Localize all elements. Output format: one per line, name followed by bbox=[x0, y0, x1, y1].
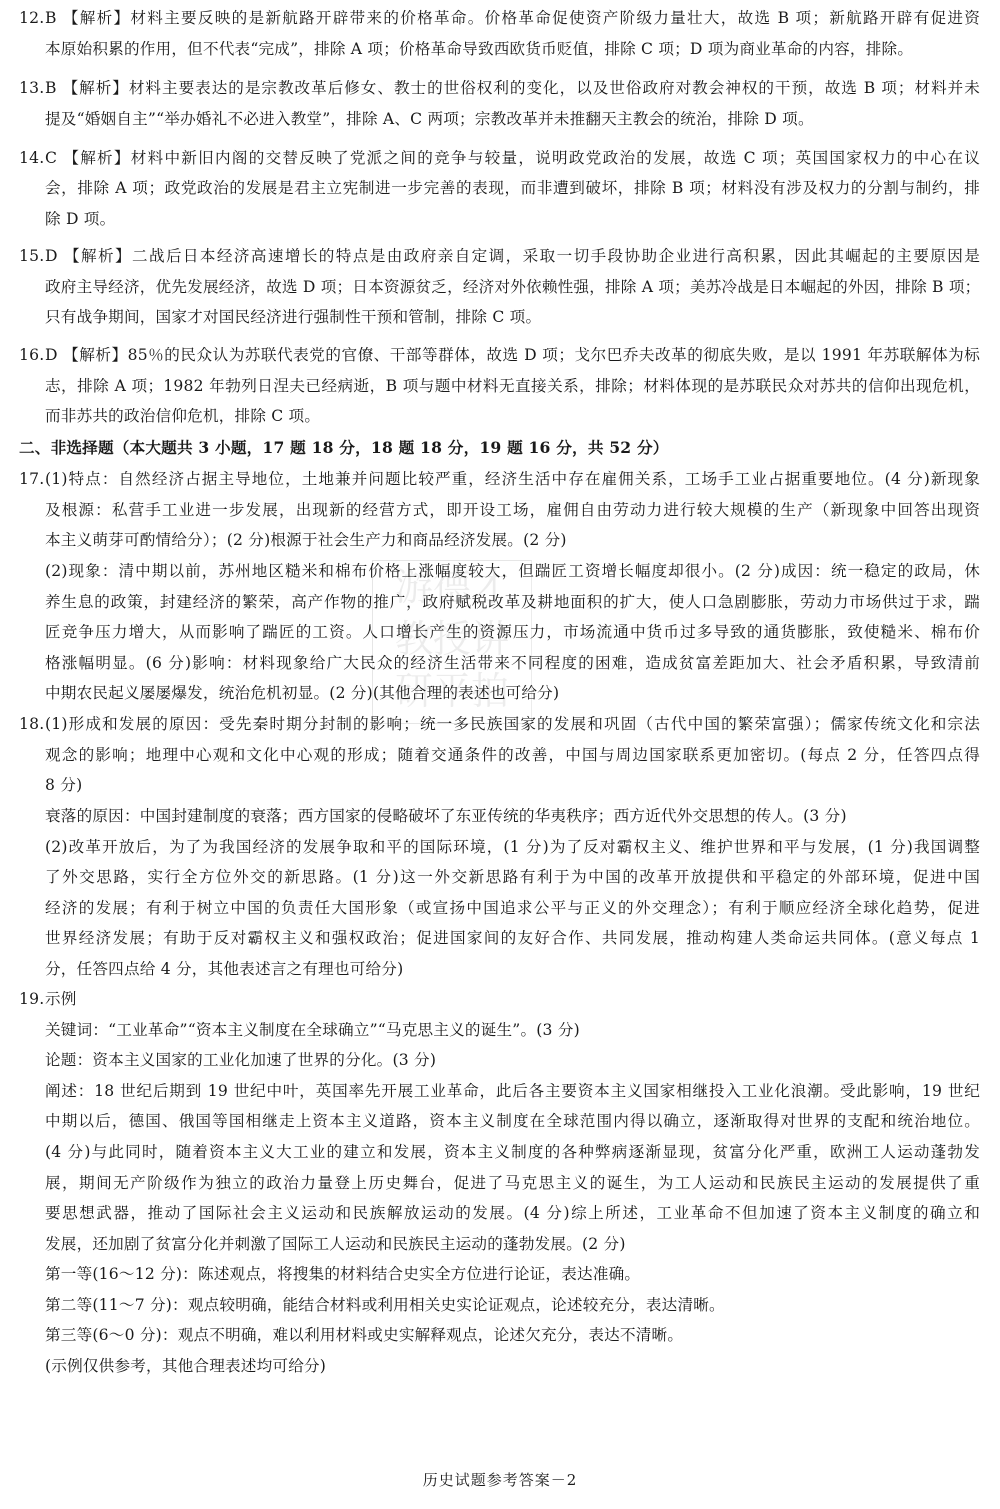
line-text: 只有战争期间，国家才对国民经济进行强制性干预和管制，排除 C 项。 bbox=[45, 307, 541, 327]
line-text: 二、非选择题（本大题共 3 小题，17 题 18 分，18 题 18 分，19 … bbox=[19, 438, 669, 458]
line-text: C 【解析】材料中新旧内阁的交替反映了党派之间的竞争与较量，说明政党政治的发展，… bbox=[45, 148, 980, 168]
line-text: 匠竞争压力增大，从而影响了踹匠的工资。人口增长产生的资源压力，市场流通中货币过多… bbox=[45, 622, 980, 642]
question-number: 19. bbox=[19, 989, 44, 1009]
line-text: (2)改革开放后，为了为我国经济的发展争取和平的国际环境，(1 分)为了反对霸权… bbox=[45, 837, 980, 857]
line-text: 第二等(11～7 分)：观点较明确，能结合材料或利用相关史实论证观点，论述较充分… bbox=[45, 1295, 725, 1315]
line-text: 会，排除 A 项；政党政治的发展是君主立宪制进一步完善的表现，而非遭到破坏，排除… bbox=[45, 178, 980, 198]
question-number: 12. bbox=[19, 8, 44, 28]
question-number: 14. bbox=[19, 148, 44, 168]
line-text: 养生息的政策，封建经济的繁荣，高产作物的推广，政府赋税改革及耕地面积的扩大，使人… bbox=[45, 592, 980, 612]
line-text: 示例 bbox=[45, 989, 77, 1009]
line-text: 第三等(6～0 分)：观点不明确，难以利用材料或史实解释观点，论述欠充分，表达不… bbox=[45, 1325, 683, 1345]
question-number: 18. bbox=[19, 714, 44, 734]
line-text: 第一等(16～12 分)：陈述观点，将搜集的材料结合史实全方位进行论证，表达准确… bbox=[45, 1264, 640, 1284]
question-number: 16. bbox=[19, 345, 44, 365]
line-text: (1)形成和发展的原因：受先秦时期分封制的影响；统一多民族国家的发展和巩固（古代… bbox=[45, 714, 980, 734]
line-text: 本原始积累的作用，但不代表“完成”，排除 A 项；价格革命导致西欧货币贬值，排除… bbox=[45, 39, 913, 59]
line-text: 而非苏共的政治信仰危机，排除 C 项。 bbox=[45, 406, 320, 426]
line-text: 了外交思路，实行全方位外交的新思路。(1 分)这一外交新思路有利于为中国的改革开… bbox=[45, 867, 980, 887]
line-text: 提及“婚姻自主”“举办婚礼不必进入教堂”，排除 A、C 两项；宗教改革并未推翻天… bbox=[45, 109, 814, 129]
line-text: 分，任答四点给 4 分，其他表述言之有理也可给分) bbox=[45, 959, 403, 979]
line-text: 中期农民起义屡屡爆发，统治危机初显。(2 分)(其他合理的表述也可给分) bbox=[45, 683, 559, 703]
answer-key-page: 游德才 教授讲 研平拍 12.B 【解析】材料主要反映的是新航路开辟带来的价格革… bbox=[0, 0, 1000, 1509]
line-text: 关键词：“工业革命”“资本主义制度在全球确立”“马克思主义的诞生”。(3 分) bbox=[45, 1020, 580, 1040]
line-text: B 【解析】材料主要表达的是宗教改革后修女、教士的世俗权利的变化，以及世俗政府对… bbox=[45, 78, 980, 98]
line-text: 论题：资本主义国家的工业化加速了世界的分化。(3 分) bbox=[45, 1050, 436, 1070]
line-text: D 【解析】85％的民众认为苏联代表党的官僚、干部等群体，故选 D 项；戈尔巴乔… bbox=[45, 345, 980, 365]
line-text: 及根源：私营手工业进一步发展，出现新的经营方式，即开设工场，雇佣自由劳动力进行较… bbox=[45, 500, 980, 520]
line-text: 阐述：18 世纪后期到 19 世纪中叶，英国率先开展工业革命，此后各主要资本主义… bbox=[45, 1081, 980, 1101]
line-text: 要思想武器，推动了国际社会主义运动和民族解放运动的发展。(4 分)综上所述，工业… bbox=[45, 1203, 980, 1223]
line-text: 发展，还加剧了贫富分化并刺激了国际工人运动和民族民主运动的蓬勃发展。(2 分) bbox=[45, 1234, 626, 1254]
line-text: D 【解析】二战后日本经济高速增长的特点是由政府亲自定调，采取一切手段协助企业进… bbox=[45, 246, 980, 266]
line-text: 政府主导经济，优先发展经济，故选 D 项；日本资源贫乏，经济对外依赖性强，排除 … bbox=[45, 277, 980, 297]
line-text: 除 D 项。 bbox=[45, 209, 115, 229]
line-text: 衰落的原因：中国封建制度的衰落；西方国家的侵略破坏了东亚传统的华夷秩序；西方近代… bbox=[45, 806, 847, 826]
question-number: 15. bbox=[19, 246, 44, 266]
line-text: 本主义萌芽可酌情给分）；(2 分)根源于社会生产力和商品经济发展。(2 分) bbox=[45, 530, 567, 550]
question-number: 13. bbox=[19, 78, 44, 98]
question-number: 17. bbox=[19, 469, 44, 489]
line-text: 展，期间无产阶级作为独立的政治力量登上历史舞台，促进了马克思主义的诞生，为工人运… bbox=[45, 1173, 980, 1193]
line-text: 格涨幅明显。(6 分)影响：材料现象给广大民众的经济生活带来不同程度的困难，造成… bbox=[45, 653, 980, 673]
line-text: 经济的发展；有利于树立中国的负责任大国形象（或宣扬中国追求公平与正义的外交理念）… bbox=[45, 898, 980, 918]
line-text: (2)现象：清中期以前，苏州地区糙米和棉布价格上涨幅度较大，但踹匠工资增长幅度却… bbox=[45, 561, 980, 581]
page-footer: 历史试题参考答案－2 bbox=[0, 1469, 1000, 1490]
line-text: 中期以后，德国、俄国等国相继走上资本主义道路，资本主义制度在全球范围内得以确立，… bbox=[45, 1111, 980, 1131]
line-text: 观念的影响；地理中心观和文化中心观的形成；随着交通条件的改善，中国与周边国家联系… bbox=[45, 745, 980, 765]
line-text: 世界经济发展；有助于反对霸权主义和强权政治；促进国家间的友好合作、共同发展，推动… bbox=[45, 928, 980, 948]
line-text: 志，排除 A 项；1982 年勃列日涅夫已经病逝，B 项与题中材料无直接关系，排… bbox=[45, 376, 980, 396]
line-text: (示例仅供参考，其他合理表述均可给分) bbox=[45, 1356, 326, 1376]
line-text: (4 分)与此同时，随着资本主义大工业的建立和发展，资本主义制度的各种弊病逐渐显… bbox=[45, 1142, 980, 1162]
line-text: (1)特点：自然经济占据主导地位，土地兼并问题比较严重，经济生活中存在雇佣关系，… bbox=[45, 469, 980, 489]
line-text: B 【解析】材料主要反映的是新航路开辟带来的价格革命。价格革命促使资产阶级力量壮… bbox=[45, 8, 980, 28]
line-text: 8 分) bbox=[45, 775, 82, 795]
